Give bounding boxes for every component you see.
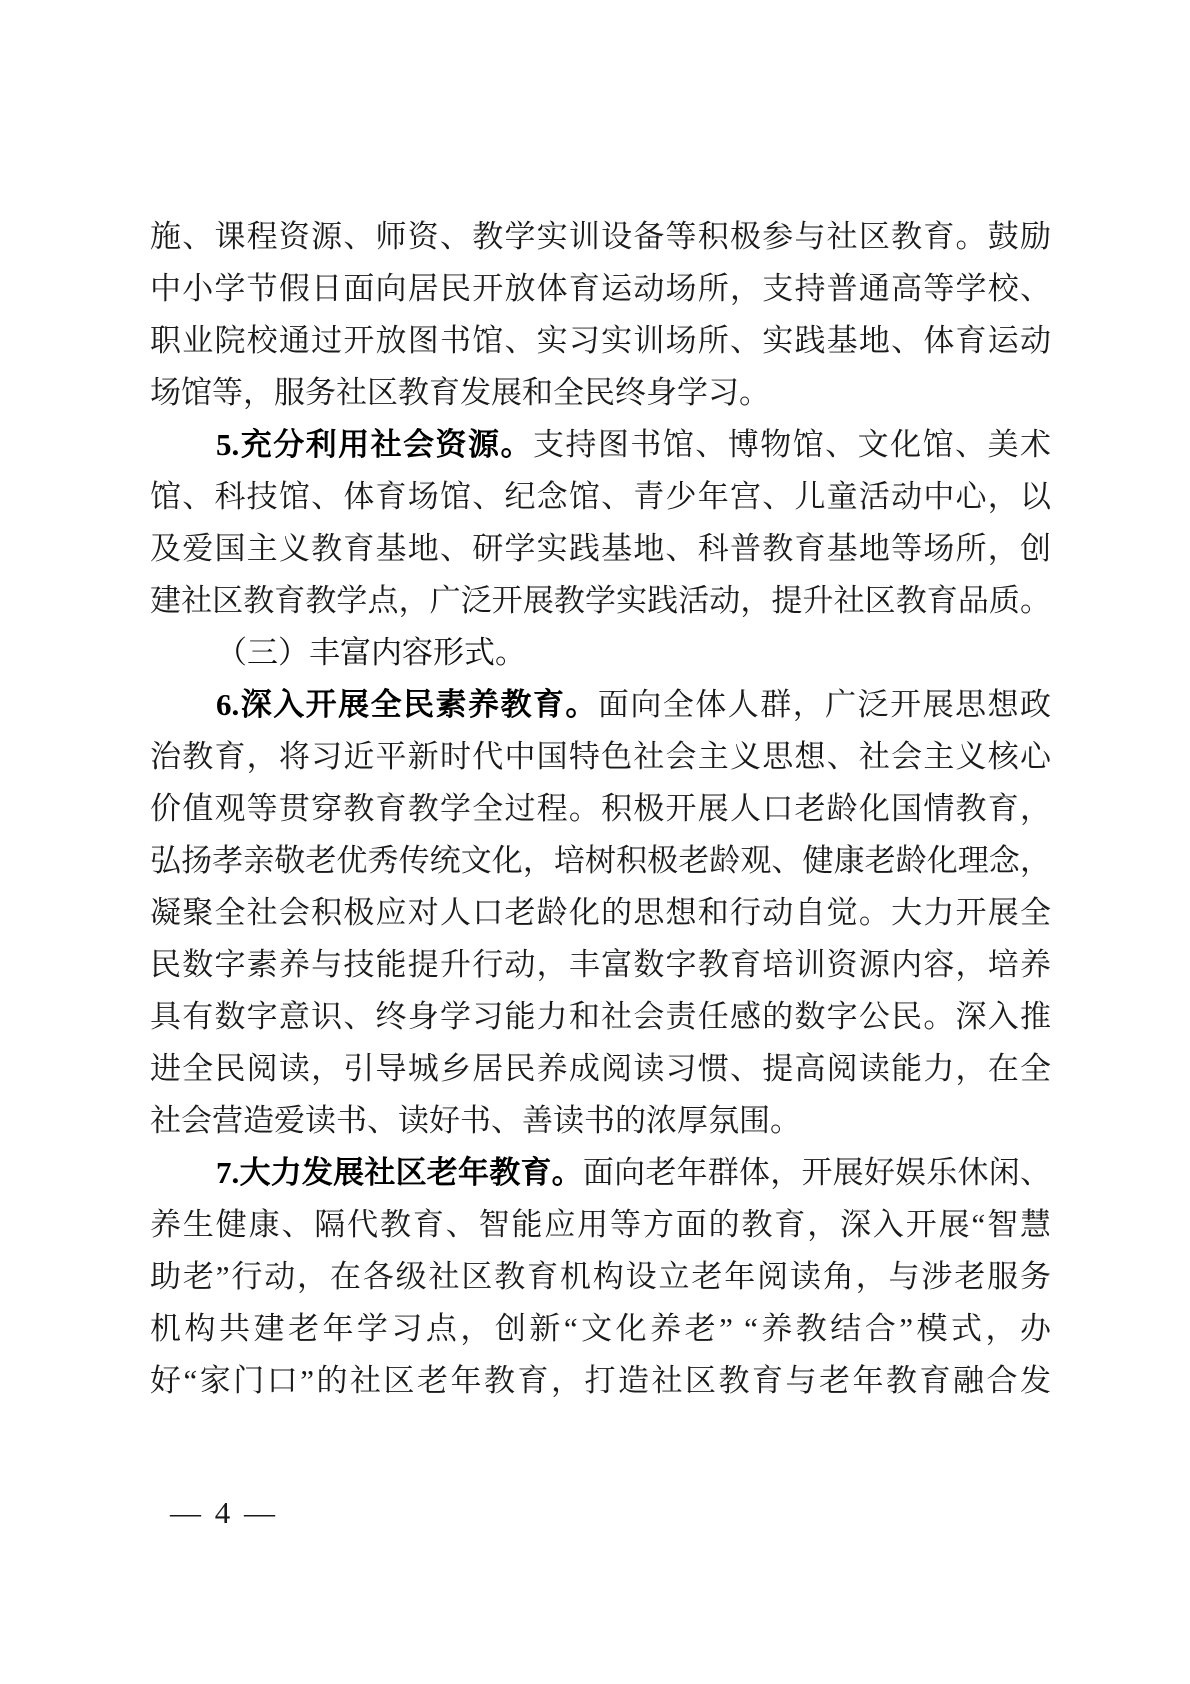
- paragraph-text: 好“家门口”的社区老年教育，打造社区教育与老年教育融合发: [150, 1363, 1051, 1398]
- text-line: 6.深入开展全民素养教育。面向全体人群，广泛开展思想政: [150, 679, 1051, 731]
- paragraph-text: 建社区教育教学点，广泛开展教学实践活动，提升社区教育品质。: [150, 583, 1051, 618]
- document-page: 施、课程资源、师资、教学实训设备等积极参与社区教育。鼓励中小学节假日面向居民开放…: [0, 0, 1190, 1684]
- paragraph-text: 养生健康、隔代教育、智能应用等方面的教育，深入开展“智慧: [150, 1207, 1051, 1242]
- text-line: 凝聚全社会积极应对人口老龄化的思想和行动自觉。大力开展全: [150, 887, 1051, 939]
- text-line: 治教育，将习近平新时代中国特色社会主义思想、社会主义核心: [150, 731, 1051, 783]
- text-line: 机构共建老年学习点，创新“文化养老” “养教结合”模式，办: [150, 1303, 1051, 1355]
- page-number: — 4 —: [170, 1496, 278, 1530]
- paragraph-text: 面向全体人群，广泛开展思想政: [598, 687, 1051, 722]
- paragraph-text: （三）丰富内容形式。: [216, 635, 526, 670]
- text-line: 价值观等贯穿教育教学全过程。积极开展人口老龄化国情教育，: [150, 783, 1051, 835]
- paragraph-text: 弘扬孝亲敬老优秀传统文化，培树积极老龄观、健康老龄化理念，: [150, 843, 1051, 878]
- text-line: 养生健康、隔代教育、智能应用等方面的教育，深入开展“智慧: [150, 1199, 1051, 1251]
- paragraph-text: 场馆等，服务社区教育发展和全民终身学习。: [150, 375, 770, 410]
- text-line: 及爱国主义教育基地、研学实践基地、科普教育基地等场所，创: [150, 523, 1051, 575]
- paragraph-text: 凝聚全社会积极应对人口老龄化的思想和行动自觉。大力开展全: [150, 895, 1051, 930]
- section-heading-line: （三）丰富内容形式。: [150, 627, 1051, 679]
- text-line: 助老”行动，在各级社区教育机构设立老年阅读角，与涉老服务: [150, 1251, 1051, 1303]
- text-line: 7.大力发展社区老年教育。面向老年群体，开展好娱乐休闲、: [150, 1147, 1051, 1199]
- paragraph-text: 支持图书馆、博物馆、文化馆、美术: [533, 427, 1051, 462]
- paragraph-text: 机构共建老年学习点，创新“文化养老” “养教结合”模式，办: [150, 1311, 1051, 1346]
- paragraph-text: 助老”行动，在各级社区教育机构设立老年阅读角，与涉老服务: [150, 1259, 1051, 1294]
- paragraph-text: 价值观等贯穿教育教学全过程。积极开展人口老龄化国情教育，: [150, 791, 1051, 826]
- text-line: 弘扬孝亲敬老优秀传统文化，培树积极老龄观、健康老龄化理念，: [150, 835, 1051, 887]
- paragraph-text: 面向老年群体，开展好娱乐休闲、: [583, 1155, 1051, 1190]
- text-line: 进全民阅读，引导城乡居民养成阅读习惯、提高阅读能力，在全: [150, 1043, 1051, 1095]
- paragraph-text: 民数字素养与技能提升行动，丰富数字教育培训资源内容，培养: [150, 947, 1051, 982]
- text-line: 职业院校通过开放图书馆、实习实训场所、实践基地、体育运动: [150, 315, 1051, 367]
- text-line: 中小学节假日面向居民开放体育运动场所，支持普通高等学校、: [150, 263, 1051, 315]
- text-line: 场馆等，服务社区教育发展和全民终身学习。: [150, 367, 1051, 419]
- paragraph-lead-bold: 7.大力发展社区老年教育。: [216, 1155, 583, 1190]
- paragraph-lead-bold: 5.充分利用社会资源。: [216, 427, 533, 462]
- paragraph-text: 中小学节假日面向居民开放体育运动场所，支持普通高等学校、: [150, 271, 1051, 306]
- paragraph-text: 馆、科技馆、体育场馆、纪念馆、青少年宫、儿童活动中心，以: [150, 479, 1051, 514]
- paragraph-text: 进全民阅读，引导城乡居民养成阅读习惯、提高阅读能力，在全: [150, 1051, 1051, 1086]
- paragraph-text: 及爱国主义教育基地、研学实践基地、科普教育基地等场所，创: [150, 531, 1051, 566]
- paragraph-text: 职业院校通过开放图书馆、实习实训场所、实践基地、体育运动: [150, 323, 1051, 358]
- text-line: 社会营造爱读书、读好书、善读书的浓厚氛围。: [150, 1095, 1051, 1147]
- paragraph-text: 具有数字意识、终身学习能力和社会责任感的数字公民。深入推: [150, 999, 1051, 1034]
- text-line: 好“家门口”的社区老年教育，打造社区教育与老年教育融合发: [150, 1355, 1051, 1407]
- paragraph-text: 社会营造爱读书、读好书、善读书的浓厚氛围。: [150, 1103, 801, 1138]
- text-line: 建社区教育教学点，广泛开展教学实践活动，提升社区教育品质。: [150, 575, 1051, 627]
- paragraph-lead-bold: 6.深入开展全民素养教育。: [216, 687, 598, 722]
- text-line: 5.充分利用社会资源。支持图书馆、博物馆、文化馆、美术: [150, 419, 1051, 471]
- text-line: 具有数字意识、终身学习能力和社会责任感的数字公民。深入推: [150, 991, 1051, 1043]
- paragraph-text: 治教育，将习近平新时代中国特色社会主义思想、社会主义核心: [150, 739, 1051, 774]
- paragraph-text: 施、课程资源、师资、教学实训设备等积极参与社区教育。鼓励: [150, 219, 1051, 254]
- text-line: 施、课程资源、师资、教学实训设备等积极参与社区教育。鼓励: [150, 211, 1051, 263]
- text-line: 民数字素养与技能提升行动，丰富数字教育培训资源内容，培养: [150, 939, 1051, 991]
- text-line: 馆、科技馆、体育场馆、纪念馆、青少年宫、儿童活动中心，以: [150, 471, 1051, 523]
- document-body: 施、课程资源、师资、教学实训设备等积极参与社区教育。鼓励中小学节假日面向居民开放…: [150, 211, 1051, 1407]
